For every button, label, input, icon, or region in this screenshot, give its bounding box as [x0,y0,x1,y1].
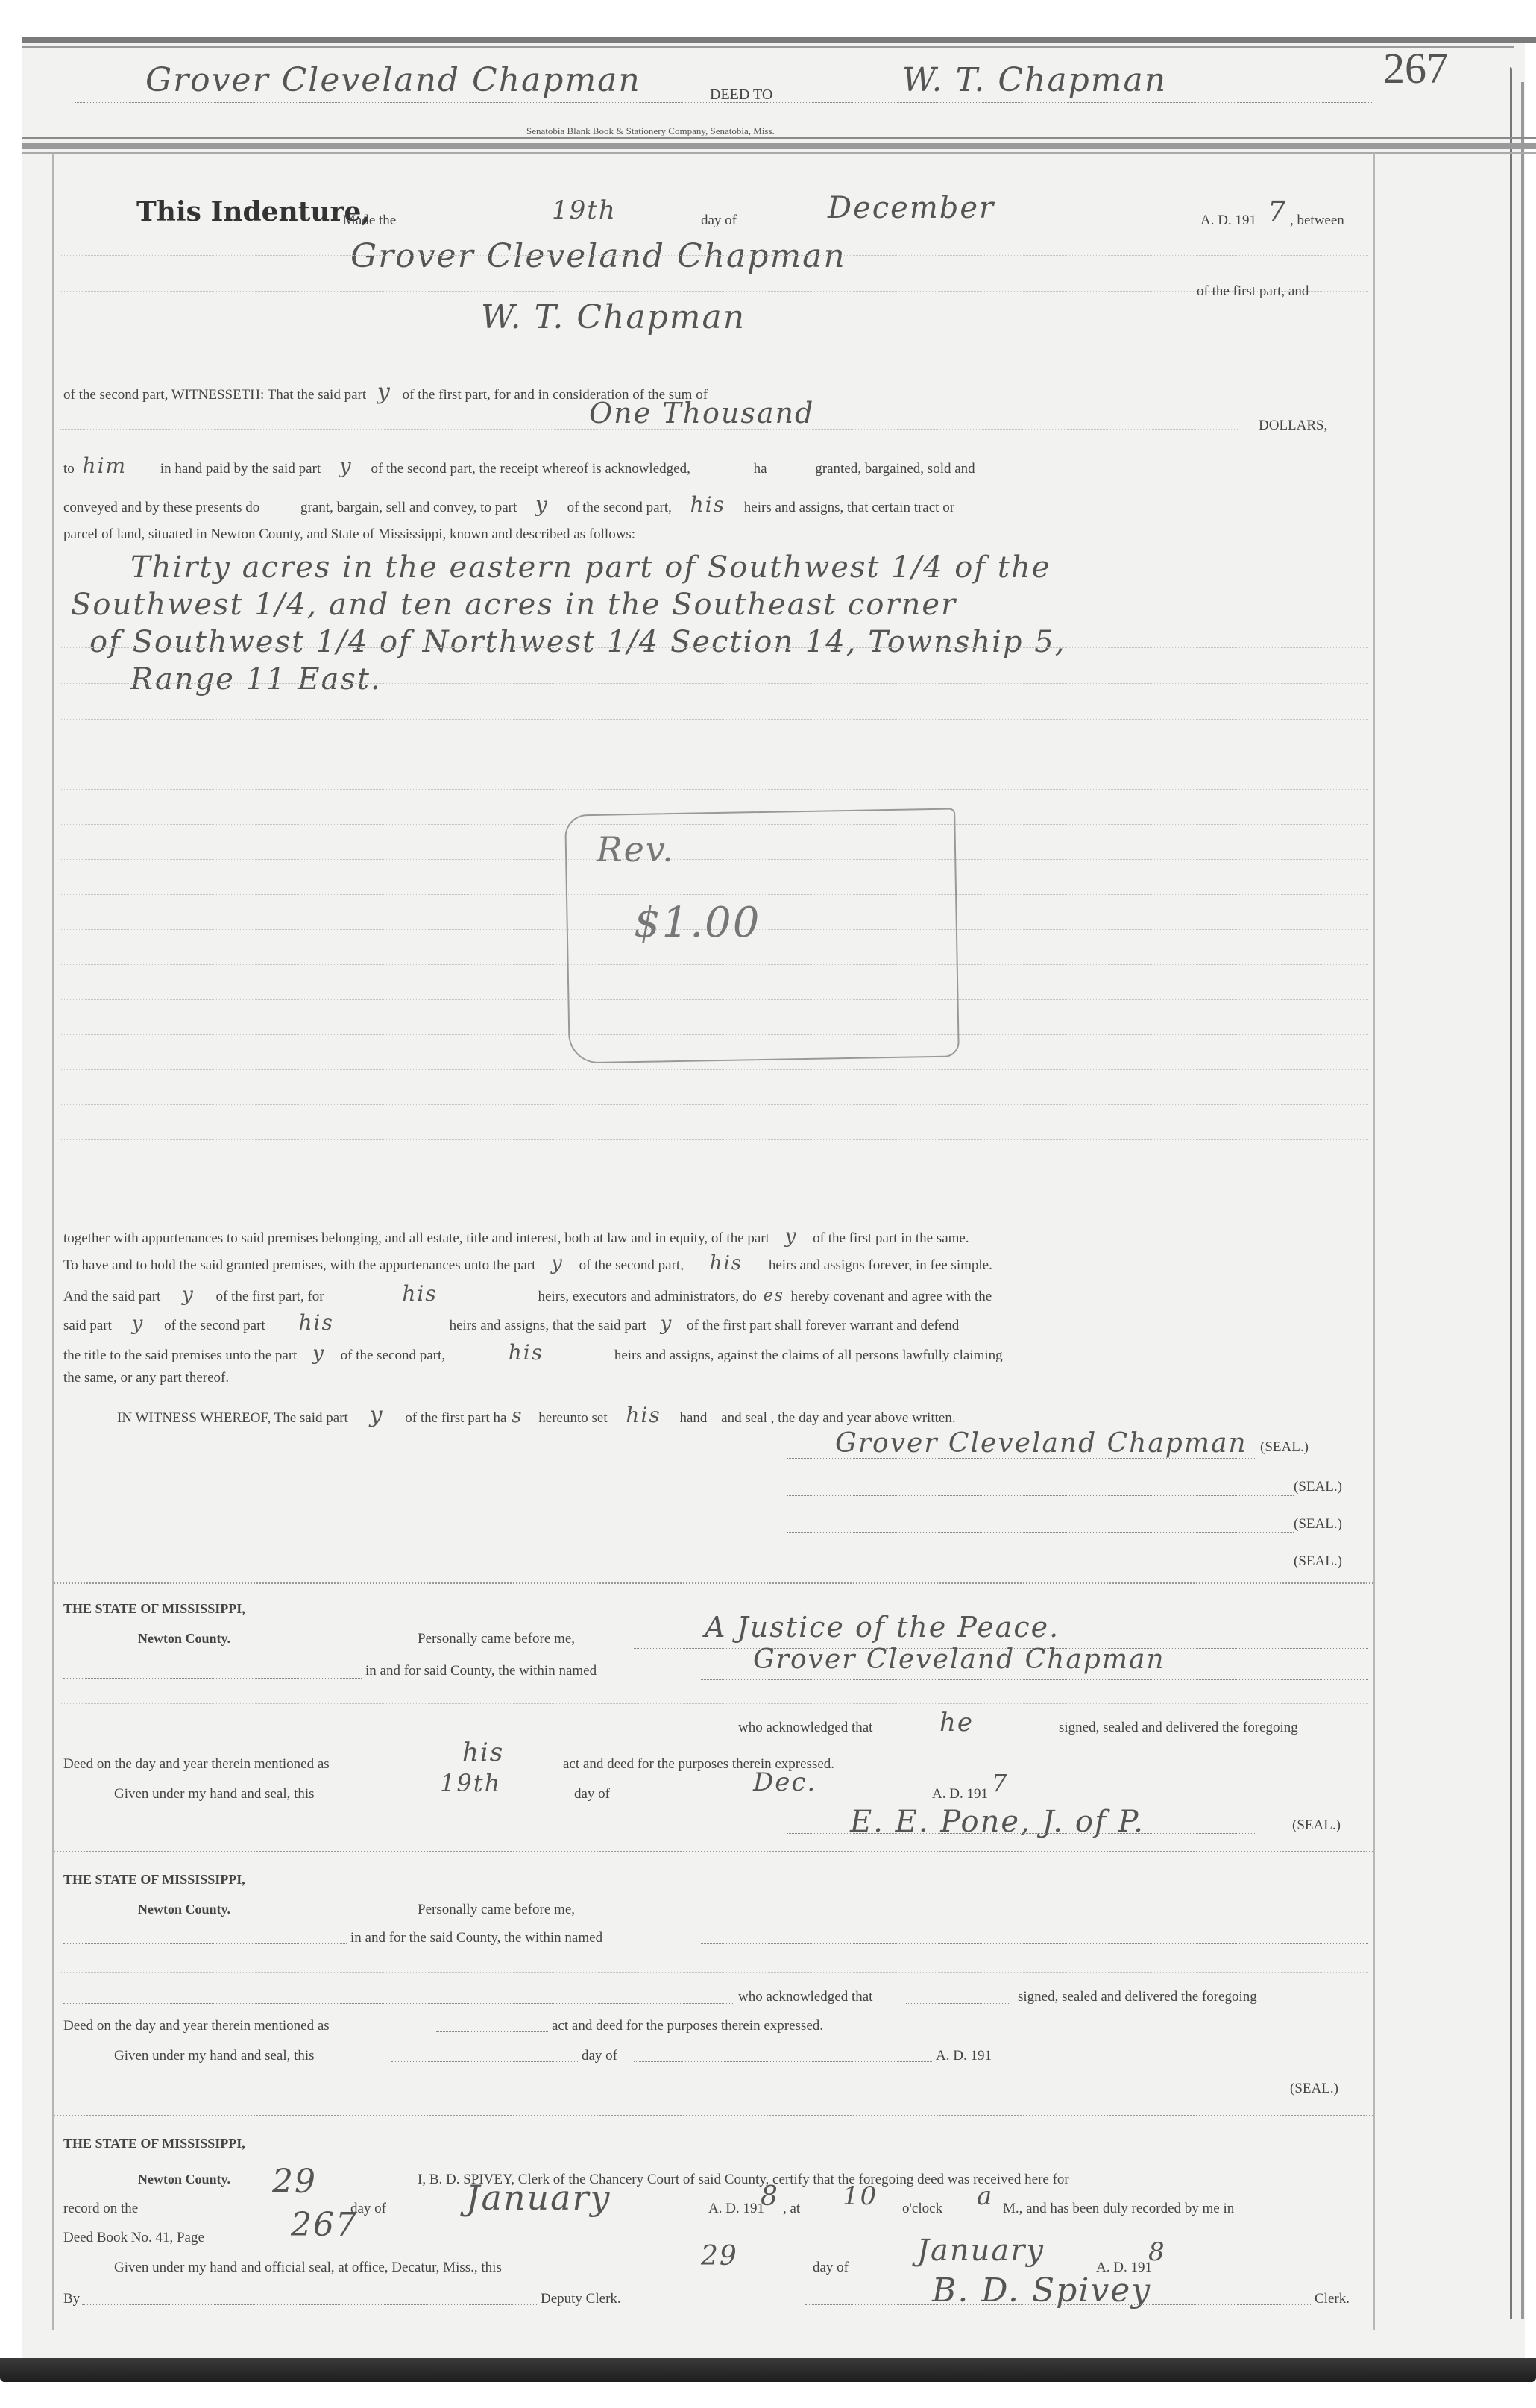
rec-given-day: 29 [701,2241,738,2272]
text: heirs and assigns, that the said part [450,1318,646,1333]
description-line-4: Range 11 East. [130,662,382,697]
ad-label: A. D. 191 [1200,213,1256,229]
text: ha [754,461,767,477]
fill-line [701,1679,1368,1680]
witnesseth-line5: parcel of land, situated in Newton Count… [63,526,635,543]
ruled-line [60,291,1368,292]
rec-recorded-text: M., and has been duly recorded by me in [1003,2201,1234,2217]
dollars-label: DOLLARS, [1259,418,1327,434]
bracket [347,1873,347,1917]
ack1-month: Dec. [753,1767,816,1797]
rec-given-year: 8 [1148,2237,1166,2267]
page-number: 267 [1383,43,1448,93]
covenant-line-6: the same, or any part thereof. [63,1370,229,1386]
ruled-line [60,612,1368,613]
signature-line [787,2096,1286,2096]
rec-day: 29 [272,2163,317,2201]
section-divider [54,1582,1373,1584]
text: IN WITNESS WHEREOF, The said part [117,1410,348,1426]
seal-label: (SEAL.) [1292,1817,1341,1834]
header-rule [75,102,1372,103]
fill-line [82,2304,537,2305]
text: grant, bargain, sell and convey, to part [300,500,517,515]
sum-amount: One Thousand [589,397,814,430]
ack1-state: THE STATE OF MISSISSIPPI, [63,1601,245,1617]
handwritten-fill: y [535,492,549,517]
indenture-month: December [828,191,995,225]
fill-line [63,2003,734,2004]
ack1-who-ack: who acknowledged that [738,1720,872,1736]
indenture-title: This Indenture, [136,196,371,227]
ack2-in-and-for: in and for the said County, the within n… [350,1930,602,1946]
text: of the second part, [341,1348,445,1363]
ruled-line [60,1069,1368,1071]
text: the title to the said premises unto the … [63,1348,297,1363]
text: hereby covenant and agree with the [791,1289,992,1304]
text: heirs, executors and administrators, do [538,1289,756,1304]
ack1-signed: signed, sealed and delivered the foregoi… [1059,1720,1298,1736]
signature-line [787,1571,1294,1571]
ruled-line [60,1972,1368,1974]
top-border-inner [22,46,1514,48]
handwritten-fill: y [182,1283,195,1306]
signature-line [805,2304,1312,2305]
text: of the second part, [567,500,672,515]
rec-at: , at [783,2201,800,2217]
grantor-signature: Grover Cleveland Chapman [835,1428,1247,1459]
ack2-state: THE STATE OF MISSISSIPPI, [63,1872,245,1887]
top-border [22,37,1536,43]
rec-state: THE STATE OF MISSISSIPPI, [63,2136,245,2151]
ack2-who-ack: who acknowledged that [738,1989,872,2005]
page-bottom-shadow [0,2358,1536,2382]
ack2-ad: A. D. 191 [936,2048,992,2064]
fill-line [634,2061,932,2062]
section-divider [54,1851,1373,1852]
ruled-line [60,683,1368,685]
rec-given-month: January [917,2233,1045,2268]
covenant-line-1: together with appurtenances to said prem… [63,1225,969,1248]
signature-line [787,1833,1256,1834]
ruled-line [60,1703,1368,1705]
ruled-line [60,429,1238,430]
handwritten-fill: him [83,453,128,478]
indenture-day: 19th [552,195,617,225]
covenant-line-2: To have and to hold the said granted pre… [63,1252,992,1274]
ack1-day: 19th [440,1769,501,1797]
text: And the said part [63,1289,160,1304]
rec-month: January [466,2178,611,2218]
handwritten-fill: s [512,1405,523,1427]
fill-line [63,1943,347,1944]
handwritten-fill: his [509,1340,544,1365]
text: said part [63,1318,112,1333]
text: to [63,461,75,477]
header-grantor: Grover Cleveland Chapman [145,61,641,99]
section-divider [54,2115,1373,2116]
ack1-day-of: day of [574,1786,610,1802]
ruled-line [60,1175,1368,1176]
text: granted, bargained, sold and [815,461,975,477]
text: To have and to hold the said granted pre… [63,1257,535,1273]
handwritten-fill: es [764,1286,784,1305]
right-margin-rule [1373,153,1375,2330]
ruled-line [60,789,1368,790]
seal-label: (SEAL.) [1260,1439,1309,1456]
header-grantee: W. T. Chapman [902,61,1167,99]
day-of-label: day of [701,213,737,229]
rec-county: Newton County. [138,2172,230,2187]
handwritten-fill: his [626,1403,661,1427]
handwritten-fill: y [339,453,353,478]
ruled-line [60,647,1368,649]
ack1-deed-on: Deed on the day and year therein mention… [63,1756,330,1773]
handwritten-fill: y [370,1402,384,1428]
text: of the first part, for [216,1289,324,1304]
handwritten-fill: his [710,1252,743,1274]
text: , the day and year above written. [771,1410,956,1426]
ack1-county: Newton County. [138,1631,230,1647]
printer-imprint: Senatobia Blank Book & Stationery Compan… [526,125,775,137]
header-divider-thin [22,152,1536,154]
signature-line [787,1532,1294,1533]
text: of the second part [164,1318,265,1333]
ruled-line [60,255,1368,257]
text: of the first part ha [405,1410,506,1426]
description-line-1: Thirty acres in the eastern part of Sout… [130,550,1051,585]
covenant-line-4: said part y of the second part his heirs… [63,1310,959,1335]
text: hand [679,1410,707,1426]
ack1-year: 7 [992,1769,1008,1797]
text: heirs and assigns, that certain tract or [744,500,954,515]
ruled-line [60,719,1368,720]
rec-ampm: a [977,2181,993,2211]
text: conveyed and by these presents do [63,500,259,515]
text: heirs and assigns forever, in fee simple… [769,1257,992,1273]
ruled-line [60,576,1368,577]
ack1-in-and-for: in and for said County, the within named [365,1663,597,1679]
ruled-line [60,327,1368,328]
rec-oclock: o'clock [902,2201,942,2217]
ack2-given: Given under my hand and seal, this [114,2048,315,2064]
fill-line [63,1678,362,1679]
second-party-name: W. T. Chapman [481,298,746,336]
seal-label: (SEAL.) [1294,1553,1342,1570]
revenue-stamp-label: Rev. [597,829,675,870]
ack2-came-before: Personally came before me, [418,1902,575,1918]
left-margin-rule [52,153,54,2330]
ack1-named: Grover Cleveland Chapman [753,1644,1165,1675]
header-divider-thick [22,143,1536,149]
rec-ad: A. D. 191 [708,2201,764,2217]
fill-line [391,2061,578,2062]
text: and seal [721,1410,767,1426]
rec-deputy-clerk: Deputy Clerk. [541,2291,621,2307]
page-edge-outer [1521,82,1524,2319]
ack1-pronoun: he [939,1708,974,1738]
rec-given-day-of: day of [813,2260,849,2276]
ack1-came-before: Personally came before me, [418,1631,575,1647]
ack1-signer: E. E. Pone, J. of P. [850,1805,1145,1839]
text: of the first part shall forever warrant … [687,1318,959,1333]
description-line-3: of Southwest 1/4 of Northwest 1/4 Sectio… [89,625,1066,659]
handwritten-fill: y [377,379,391,405]
handwritten-fill: his [690,492,725,517]
handwritten-fill: y [312,1342,325,1365]
fill-line [63,1735,734,1735]
rec-record-on: record on the [63,2201,138,2217]
seal-label: (SEAL.) [1294,1516,1342,1532]
rec-deed-book: Deed Book No. 41, Page [63,2230,204,2246]
witnesseth-line4: conveyed and by these presents do grant,… [63,492,954,517]
handwritten-fill: y [785,1225,798,1248]
ack2-deed-on: Deed on the day and year therein mention… [63,2018,330,2034]
rec-given: Given under my hand and official seal, a… [114,2260,502,2276]
page-edge [1510,67,1512,2319]
description-line-2: Southwest 1/4, and ten acres in the Sout… [71,588,957,622]
ack1-possessive: his [462,1738,504,1767]
deed-to-label: DEED TO [710,87,772,104]
revenue-stamp-amount: $1.00 [634,899,761,947]
handwritten-fill: his [402,1281,437,1306]
header-divider [22,137,1536,139]
rec-year: 8 [761,2181,779,2212]
rec-hour: 10 [843,2181,878,2211]
signature-line [787,1458,1256,1459]
witness-line: IN WITNESS WHEREOF, The said part y of t… [117,1402,956,1428]
handwritten-fill: y [551,1252,564,1274]
handwritten-fill: y [132,1313,145,1335]
ack2-signed: signed, sealed and delivered the foregoi… [1018,1989,1257,2005]
covenant-line-5: the title to the said premises unto the … [63,1340,1003,1365]
seal-label: (SEAL.) [1294,1479,1342,1495]
covenant-line-3: And the said part y of the first part, f… [63,1281,992,1306]
text: in hand paid by the said part [160,461,321,477]
first-part-label: of the first part, and [1197,283,1309,300]
fill-line [626,1917,1368,1917]
text: of the first part in the same. [813,1230,969,1246]
ack1-officer: A Justice of the Peace. [705,1611,1060,1644]
made-the-label: Made the [343,213,396,229]
text: heirs and assigns, against the claims of… [614,1348,1003,1363]
ack2-county: Newton County. [138,1902,230,1917]
signature-line [787,1495,1294,1496]
ack1-given: Given under my hand and seal, this [114,1786,315,1802]
seal-label: (SEAL.) [1290,2081,1338,2097]
rec-clerk-label: Clerk. [1315,2291,1350,2307]
ruled-line [60,1139,1368,1141]
text: of the second part, [579,1257,684,1273]
text: of the second part, the receipt whereof … [371,461,690,477]
bracket [347,1602,347,1647]
text: together with appurtenances to said prem… [63,1230,769,1246]
fill-line [436,2031,548,2032]
handwritten-fill: y [661,1313,673,1335]
ruled-line [60,1104,1368,1106]
ack2-day-of: day of [582,2048,617,2064]
ack2-act-and-deed: act and deed for the purposes therein ex… [552,2018,823,2034]
ruled-line [60,755,1368,756]
between-label: , between [1290,213,1344,229]
witnesseth-line3: to him in hand paid by the said part y o… [63,453,975,478]
rec-by: By [63,2291,80,2307]
ack1-ad: A. D. 191 [932,1786,988,1802]
bracket [347,2137,347,2189]
fill-line [701,1943,1368,1944]
fill-line [906,2003,1010,2004]
handwritten-fill: his [298,1310,333,1335]
text: of the second part, WITNESSETH: That the… [63,387,366,403]
ruled-line [60,1210,1368,1211]
text: hereunto set [538,1410,607,1426]
indenture-year: 7 [1268,195,1287,228]
rec-page: 267 [291,2206,358,2244]
